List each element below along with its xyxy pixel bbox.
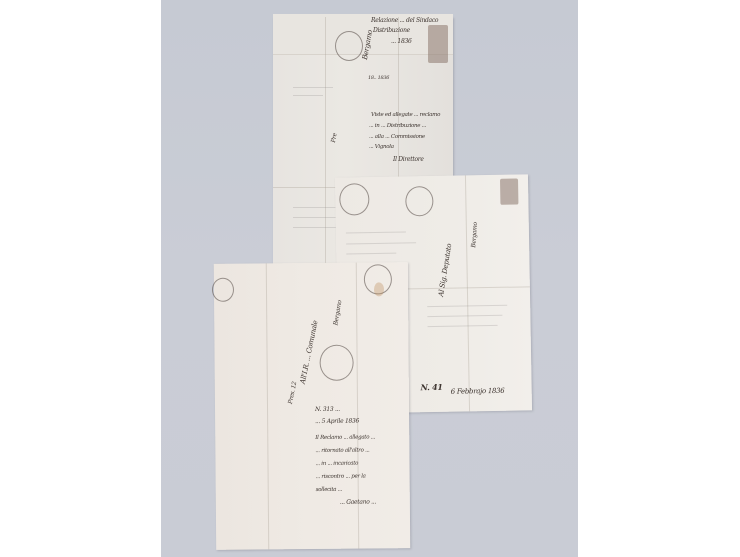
postmark-stamp bbox=[405, 186, 434, 216]
header-line-1: Relazione ... del Sindaco bbox=[371, 17, 438, 24]
faint-print-line bbox=[293, 95, 323, 96]
faint-print-line bbox=[427, 315, 502, 317]
signature: ... Gaetano ... bbox=[340, 498, 376, 505]
side-text: Al Sig. Deputato bbox=[437, 243, 453, 297]
fold-line bbox=[356, 263, 359, 549]
body-line-4: ... Vignola bbox=[369, 144, 394, 150]
ref-line: N. 313 ... bbox=[315, 406, 340, 413]
fold-line bbox=[465, 175, 470, 411]
faint-print-line bbox=[346, 242, 416, 244]
signature: Il Direttore bbox=[393, 156, 424, 163]
letter-number: N. 41 bbox=[421, 382, 443, 392]
letter-date: 6 Febbrajo 1836 bbox=[451, 387, 505, 396]
body-line-3: ... alla ... Commissione bbox=[369, 134, 425, 140]
faint-print-line bbox=[346, 231, 406, 233]
revenue-stamp bbox=[428, 25, 448, 63]
body-line-1: Il Reclamo ... allegato ... bbox=[315, 434, 375, 441]
fold-line bbox=[266, 263, 269, 549]
address-line: All'I.R. ... Comunale bbox=[299, 320, 320, 385]
body-line-2: ... in ... Distribuzione ... bbox=[369, 123, 426, 129]
city: Bergamo bbox=[332, 300, 343, 326]
faint-print-line bbox=[293, 87, 333, 88]
revenue-stamp bbox=[500, 179, 518, 205]
date-fragment: 18.. 1836 bbox=[368, 75, 389, 81]
body-line-4: ... riscontro ... per la bbox=[316, 474, 366, 480]
date-line: ... 5 Aprile 1836 bbox=[315, 418, 359, 425]
wax-stain bbox=[374, 282, 384, 296]
postmark-stamp bbox=[335, 31, 363, 61]
margin-note: Pre bbox=[330, 133, 339, 144]
postmark-stamp bbox=[339, 183, 370, 216]
postmark-stamp bbox=[319, 345, 353, 381]
body-line-3: ... in ... incaricato bbox=[315, 461, 358, 467]
postmark-stamp bbox=[212, 278, 234, 302]
header-line-3: ... 1836 bbox=[391, 38, 412, 45]
faint-print-line bbox=[346, 253, 396, 255]
margin-note: Pres. 12 bbox=[287, 381, 298, 405]
header-line-2: Distribuzione bbox=[373, 27, 410, 34]
margin-text: Bergamo bbox=[470, 222, 479, 248]
faint-print-line bbox=[428, 325, 498, 327]
body-line-5: sollecita ... bbox=[316, 487, 342, 493]
front-letter: All'I.R. ... Comunale Bergamo Pres. 12 N… bbox=[214, 262, 410, 550]
body-line-2: ... ritornato all'altro ... bbox=[315, 448, 369, 454]
body-line-1: Viste ed allegate ... reclamo bbox=[371, 112, 440, 118]
